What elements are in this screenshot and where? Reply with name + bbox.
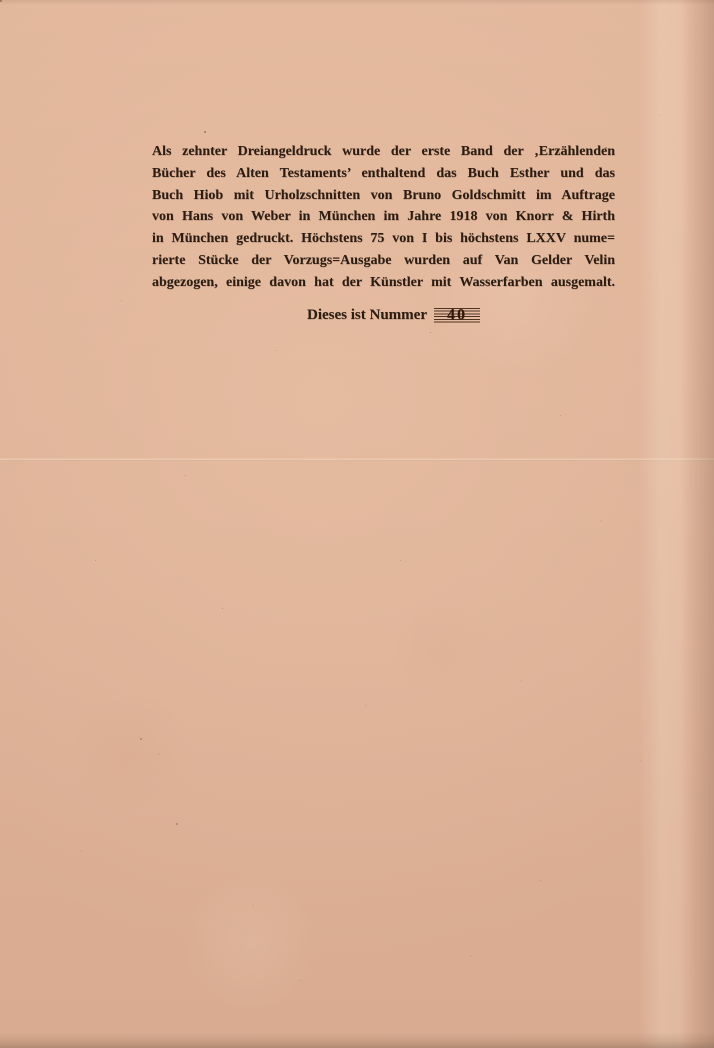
colophon-line: von Hans von Weber in München im Jahre 1… (152, 206, 615, 228)
limitation-number-row: Dieses ist Nummer 40 (307, 304, 480, 326)
horizontal-crease (0, 458, 714, 461)
colophon-text-block: Als zehnter Dreiangeldruck wurde der ers… (152, 141, 615, 294)
top-edge-shadow (0, 0, 714, 5)
page-edge-shadow (639, 0, 714, 1048)
colophon-line: Buch Hiob mit Urholzschnitten von Bruno … (152, 185, 615, 207)
scanned-book-page: Als zehnter Dreiangeldruck wurde der ers… (0, 0, 714, 1048)
limitation-label: Dieses ist Nummer (307, 307, 427, 324)
colophon-line: Bücher des Alten Testaments’ enthaltend … (152, 163, 615, 185)
bottom-edge-shadow (0, 1032, 714, 1048)
colophon-line: abgezogen, einige davon hat der Künstler… (152, 272, 615, 294)
number-stamp: 40 (434, 308, 480, 324)
stamp-number: 40 (447, 306, 467, 324)
colophon-line: rierte Stücke der Vorzugs=Ausgabe wurden… (152, 250, 615, 272)
colophon-line: Als zehnter Dreiangeldruck wurde der ers… (152, 141, 615, 163)
colophon-line: in München gedruckt. Höchstens 75 von I … (152, 228, 615, 250)
